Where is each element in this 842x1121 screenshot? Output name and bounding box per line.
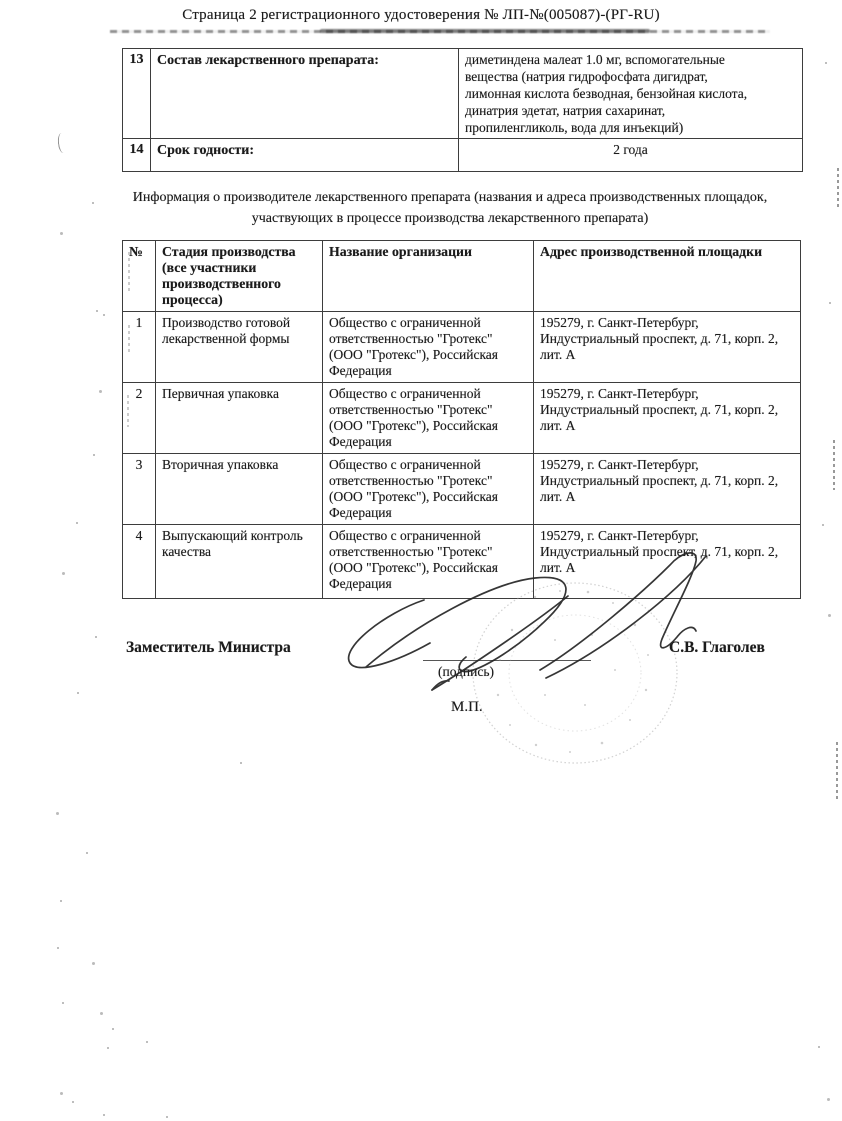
scan-noise	[57, 133, 68, 154]
signature-and-stamp-graphic	[330, 545, 730, 777]
scan-noise	[825, 62, 827, 64]
scan-noise	[92, 202, 94, 204]
row-value: диметиндена малеат 1.0 мг, вспомогательн…	[459, 49, 803, 139]
scan-noise	[62, 572, 65, 575]
scan-noise	[128, 252, 130, 292]
signature-scribble-icon	[349, 553, 706, 690]
table-header-row: № Стадия производства (все участники про…	[123, 241, 801, 312]
scan-noise	[836, 742, 838, 802]
manufacturer-info-heading: Информация о производителе лекарственног…	[105, 187, 795, 229]
stage-cell: Выпускающий контроль качества	[156, 525, 323, 599]
scan-noise	[95, 636, 97, 638]
row-label: Срок годности:	[151, 139, 459, 172]
table-row: 13 Состав лекарственного препарата: диме…	[123, 49, 803, 139]
scan-noise	[86, 852, 88, 854]
round-stamp-icon	[473, 583, 677, 763]
scan-noise	[60, 232, 63, 235]
scan-noise	[818, 1046, 820, 1048]
scan-noise	[833, 440, 835, 490]
table-row: 1 Производство готовой лекарственной фор…	[123, 312, 801, 383]
scan-noise	[827, 1098, 830, 1101]
scan-noise	[166, 1116, 168, 1118]
scan-noise	[128, 325, 130, 355]
row-value: 2 года	[459, 139, 803, 172]
scan-noise	[99, 390, 102, 393]
scan-noise	[57, 947, 59, 949]
scan-noise	[107, 1047, 109, 1049]
scan-noise	[112, 1028, 114, 1030]
address-cell: 195279, г. Санкт-Петербург, Индустриальн…	[534, 312, 801, 383]
scan-noise	[103, 1114, 105, 1116]
scan-noise	[93, 454, 95, 456]
scan-noise	[77, 692, 79, 694]
organization-cell: Общество с ограниченной ответственностью…	[323, 312, 534, 383]
stage-cell: Первичная упаковка	[156, 383, 323, 454]
scan-noise	[60, 900, 62, 902]
scan-noise	[100, 1012, 103, 1015]
organization-cell: Общество с ограниченной ответственностью…	[323, 454, 534, 525]
scan-noise	[62, 1002, 64, 1004]
scan-noise	[829, 302, 831, 304]
scan-noise	[240, 762, 242, 764]
row-number: 4	[123, 525, 156, 599]
scan-noise	[72, 1101, 74, 1103]
scan-noise	[103, 314, 105, 316]
scanned-certificate-page: Страница 2 регистрационного удостоверени…	[0, 0, 842, 1121]
column-header-organization: Название организации	[323, 241, 534, 312]
address-cell: 195279, г. Санкт-Петербург, Индустриальн…	[534, 383, 801, 454]
row-label: Состав лекарственного препарата:	[151, 49, 459, 139]
scan-noise	[837, 168, 839, 208]
scan-noise	[146, 1041, 148, 1043]
scan-noise	[92, 962, 95, 965]
column-header-stage: Стадия производства (все участники произ…	[156, 241, 323, 312]
page-header: Страница 2 регистрационного удостоверени…	[0, 7, 842, 24]
column-header-address: Адрес производственной площадки	[534, 241, 801, 312]
signatory-title: Заместитель Министра	[126, 639, 291, 657]
scan-noise	[127, 395, 129, 427]
stage-cell: Производство готовой лекарственной формы	[156, 312, 323, 383]
scan-noise	[828, 614, 831, 617]
organization-cell: Общество с ограниченной ответственностью…	[323, 383, 534, 454]
stage-cell: Вторичная упаковка	[156, 454, 323, 525]
address-cell: 195279, г. Санкт-Петербург, Индустриальн…	[534, 454, 801, 525]
scan-noise	[56, 812, 59, 815]
table-row: 2 Первичная упаковка Общество с ограниче…	[123, 383, 801, 454]
scan-noise	[822, 524, 824, 526]
scan-artifact-line-dark	[320, 29, 650, 33]
scan-noise	[76, 522, 78, 524]
row-number: 3	[123, 454, 156, 525]
row-number: 14	[123, 139, 151, 172]
scan-noise	[60, 1092, 63, 1095]
scan-noise	[96, 310, 98, 312]
drug-details-table: 13 Состав лекарственного препарата: диме…	[122, 48, 803, 172]
table-row: 14 Срок годности: 2 года	[123, 139, 803, 172]
table-row: 3 Вторичная упаковка Общество с ограниче…	[123, 454, 801, 525]
row-number: 13	[123, 49, 151, 139]
